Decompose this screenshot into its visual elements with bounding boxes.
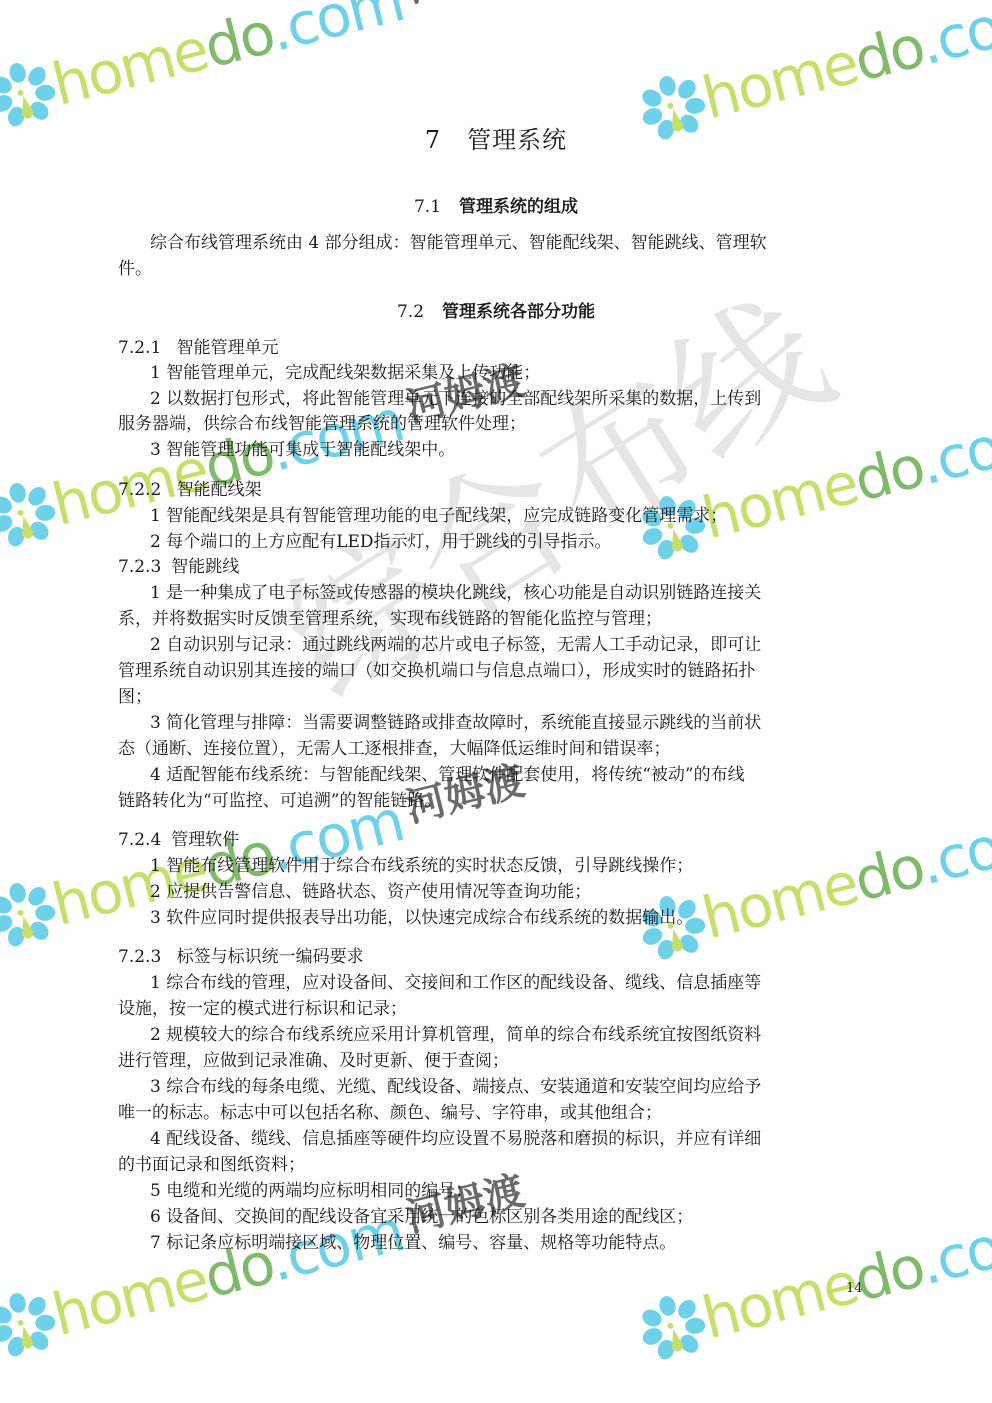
document-body: 7管理系统 7.1管理系统的组成 综合布线管理系统由 4 部分组成：智能管理单元… bbox=[0, 0, 992, 1403]
list-item: 2 应提供告警信息、链路状态、资产使用情况等查询功能； bbox=[150, 881, 591, 903]
subsection-heading-7-2-1: 7.2.1 智能管理单元 bbox=[118, 337, 279, 359]
section-title-7-2: 7.2管理系统各部分功能 bbox=[0, 297, 992, 322]
list-item-continuation: 管理系统自动识别其连接的端口（如交换机端口与信息点端口），形成实时的链路拓扑 bbox=[118, 660, 756, 682]
paragraph-line: 综合布线管理系统由 4 部分组成：智能管理单元、智能配线架、智能跳线、管理软 bbox=[150, 232, 767, 254]
list-item-continuation: 设施，按一定的模式进行标识和记录； bbox=[118, 998, 407, 1020]
list-item: 3 智能管理功能可集成于智能配线架中。 bbox=[150, 439, 455, 461]
list-item: 7 标记条应标明端接区域、物理位置、编号、容量、规格等功能特点。 bbox=[150, 1232, 676, 1254]
subsection-heading-7-2-2: 7.2.2 智能配线架 bbox=[118, 479, 262, 501]
list-item-continuation: 系，并将数据实时反馈至管理系统，实现布线链路的智能化监控与管理； bbox=[118, 608, 662, 630]
list-item: 3 综合布线的每条电缆、光缆、配线设备、端接点、安装通道和安装空间均应给予 bbox=[150, 1076, 761, 1098]
list-item: 1 综合布线的管理，应对设备间、交接间和工作区的配线设备、缆线、信息插座等 bbox=[150, 972, 761, 994]
list-item-continuation: 服务器端，供综合布线智能管理系统的管理软件处理； bbox=[118, 413, 526, 435]
chapter-title: 7管理系统 bbox=[0, 120, 992, 155]
list-item-continuation: 的书面记录和图纸资料； bbox=[118, 1154, 305, 1176]
list-item-continuation: 链路转化为“可监控、可追溯”的智能链路。 bbox=[118, 790, 441, 812]
list-item: 4 适配智能布线系统：与智能配线架、管理软件配套使用，将传统“被动”的布线 bbox=[150, 764, 745, 786]
page-number: 14 bbox=[846, 1281, 863, 1296]
subsection-heading-7-2-3: 7.2.3智能跳线 bbox=[118, 556, 239, 578]
list-item: 1 智能布线管理软件用于综合布线系统的实时状态反馈，引导跳线操作； bbox=[150, 855, 693, 877]
paragraph-line: 件。 bbox=[118, 258, 152, 280]
list-item: 6 设备间、交换间的配线设备宜采用统一的色标区别各类用途的配线区； bbox=[150, 1206, 693, 1228]
list-item-continuation: 进行管理，应做到记录准确、及时更新、便于查阅； bbox=[118, 1050, 509, 1072]
subsection-heading-7-2-4: 7.2.4管理软件 bbox=[118, 829, 239, 851]
list-item: 5 电缆和光缆的两端均应标明相同的编号； bbox=[150, 1180, 472, 1202]
list-item: 2 自动识别与记录：通过跳线两端的芯片或电子标签，无需人工手动记录，即可让 bbox=[150, 634, 761, 656]
list-item: 1 是一种集成了电子标签或传感器的模块化跳线，核心功能是自动识别链路连接关 bbox=[150, 582, 761, 604]
list-item-continuation: 唯一的标志。标志中可以包括名称、颜色、编号、字符串，或其他组合； bbox=[118, 1102, 662, 1124]
list-item-continuation: 态（通断、连接位置），无需人工逐根排查，大幅降低运维时间和错误率； bbox=[118, 738, 671, 760]
list-item: 1 智能管理单元，完成配线架数据采集及上传功能； bbox=[150, 362, 540, 384]
document-page: 综合布线 homedo.com河姆渡 bbox=[0, 0, 992, 1403]
section-title-7-1: 7.1管理系统的组成 bbox=[0, 192, 992, 217]
list-item: 3 软件应同时提供报表导出功能，以快速完成综合布线系统的数据输出。 bbox=[150, 907, 693, 929]
list-item: 2 每个端口的上方应配有LED指示灯，用于跳线的引导指示。 bbox=[150, 531, 612, 553]
list-item: 4 配线设备、缆线、信息插座等硬件均应设置不易脱落和磨损的标识，并应有详细 bbox=[150, 1128, 761, 1150]
list-item: 3 简化管理与排障：当需要调整链路或排查故障时，系统能直接显示跳线的当前状 bbox=[150, 712, 761, 734]
list-item-continuation: 图； bbox=[118, 686, 152, 708]
list-item: 1 智能配线架是具有智能管理功能的电子配线架，应完成链路变化管理需求； bbox=[150, 505, 727, 527]
list-item: 2 以数据打包形式，将此智能管理单元下连接的全部配线架所采集的数据，上传到 bbox=[150, 388, 761, 410]
subsection-heading-labels: 7.2.3 标签与标识统一编码要求 bbox=[118, 946, 364, 968]
list-item: 2 规模较大的综合布线系统应采用计算机管理，简单的综合布线系统宜按图纸资料 bbox=[150, 1024, 761, 1046]
